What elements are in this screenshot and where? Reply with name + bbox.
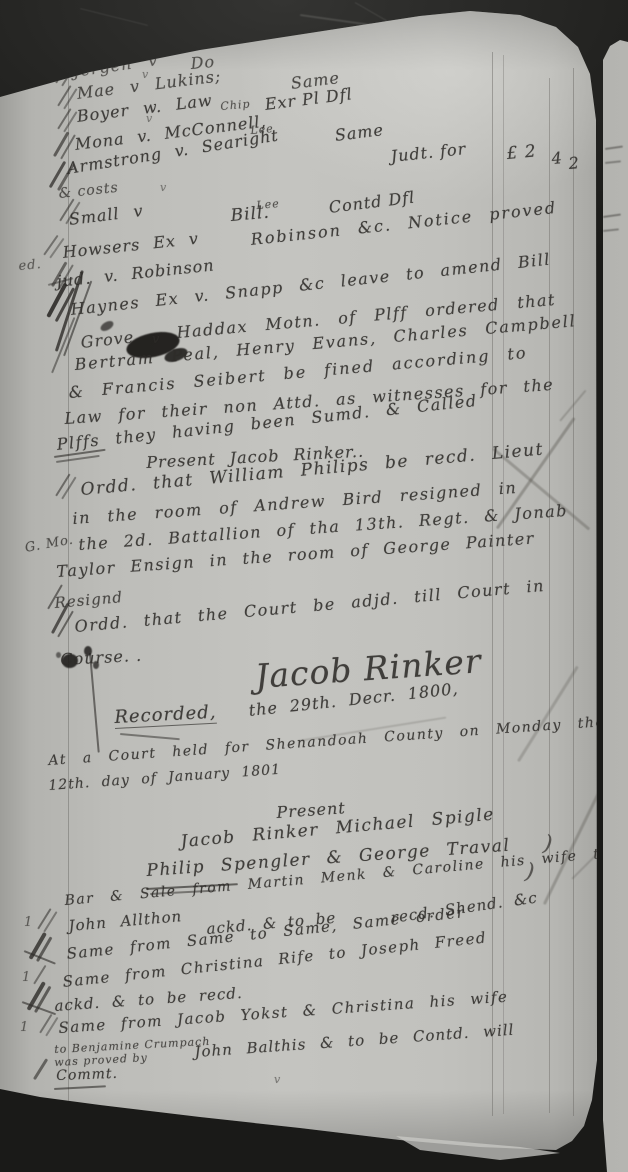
edge-text-hint [603,228,619,232]
edge-text-hint [605,146,623,150]
edge-text-hint [603,214,621,218]
adjacent-page-text-hints [0,0,628,1172]
edge-text-hint [605,160,621,164]
scanned-document-photo: Snapp &c Contd DflDoJergen vvMae v Lukin… [0,0,628,1172]
